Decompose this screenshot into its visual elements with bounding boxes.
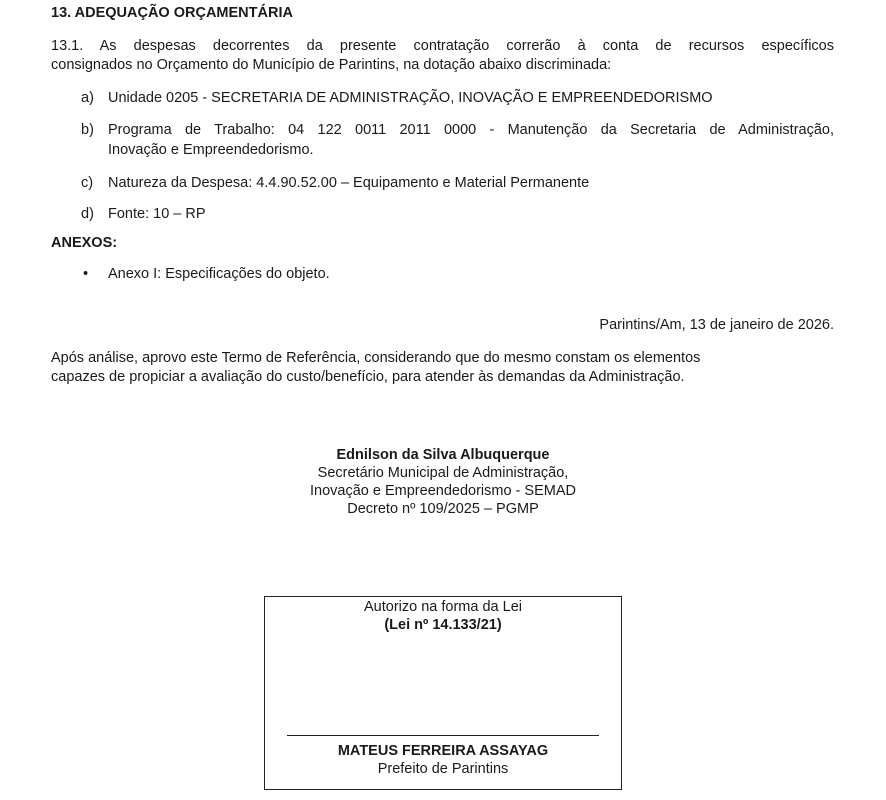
authorization-text: Autorizo na forma da Lei [265,598,621,616]
list-item-text: Unidade 0205 - SECRETARIA DE ADMINISTRAÇ… [108,90,713,106]
approval-line2: capazes de propiciar a avaliação do cust… [51,369,685,385]
approval-line1: Após análise, aprovo este Termo de Refer… [51,350,700,366]
signatory-block: Ednilson da Silva Albuquerque Secretário… [243,446,643,518]
mayor-role: Prefeito de Parintins [265,760,621,778]
mayor-name: MATEUS FERREIRA ASSAYAG [265,742,621,760]
authorization-law: (Lei nº 14.133/21) [265,616,621,634]
signature-line [287,735,599,736]
section-title: 13. ADEQUAÇÃO ORÇAMENTÁRIA [51,5,293,21]
signatory-role-line2: Inovação e Empreendedorismo - SEMAD [243,482,643,500]
list-item-text: Fonte: 10 – RP [108,206,206,222]
authorization-box: Autorizo na forma da Lei (Lei nº 14.133/… [264,596,622,790]
list-item-text: Programa de Trabalho: 04 122 0011 2011 0… [108,122,834,138]
signatory-decree: Decreto nº 109/2025 – PGMP [243,500,643,518]
bullet-icon: • [83,266,88,282]
signatory-role-line1: Secretário Municipal de Administração, [243,464,643,482]
signatory-name: Ednilson da Silva Albuquerque [243,446,643,464]
list-marker: d) [81,206,94,222]
annexes-title: ANEXOS: [51,235,117,251]
list-item-text: Natureza da Despesa: 4.4.90.52.00 – Equi… [108,175,589,191]
list-marker: b) [81,122,94,138]
list-marker: a) [81,90,94,106]
section-paragraph-line2: consignados no Orçamento do Município de… [51,57,611,73]
annex-item-text: Anexo I: Especificações do objeto. [108,266,330,282]
list-item-text-continued: Inovação e Empreendedorismo. [108,142,314,158]
section-paragraph-line1: 13.1. As despesas decorrentes da present… [51,38,834,54]
list-marker: c) [81,175,93,191]
place-date: Parintins/Am, 13 de janeiro de 2026. [599,317,834,333]
